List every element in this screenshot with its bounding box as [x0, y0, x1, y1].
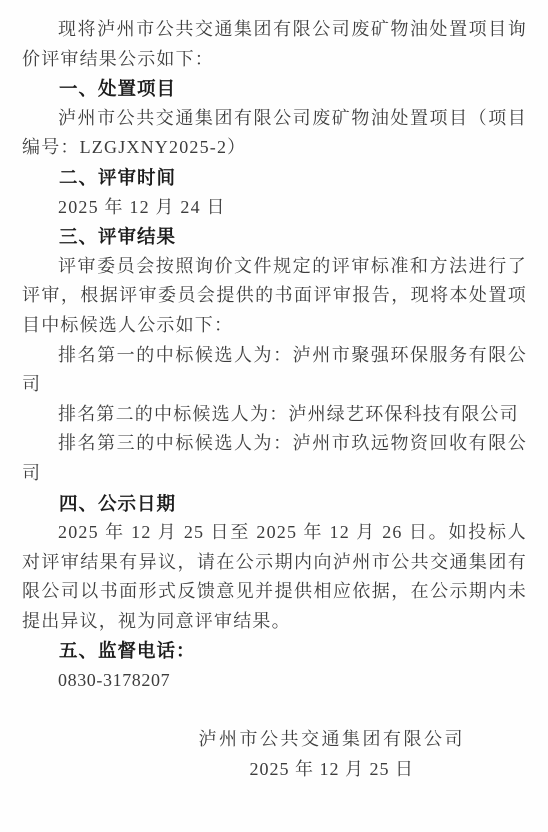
winner-rank-3-paragraph: 排名第三的中标候选人为：泸州市玖远物资回收有限公司	[22, 429, 527, 488]
section-heading-review-result: 三、评审结果	[22, 222, 527, 252]
section-heading-review-time: 二、评审时间	[22, 163, 527, 193]
review-result-paragraph: 评审委员会按照询价文件规定的评审标准和方法进行了评审，根据评审委员会提供的书面评…	[22, 252, 527, 341]
signature-block: 泸州市公共交通集团有限公司 2025 年 12 月 25 日	[199, 725, 466, 784]
section-heading-supervision-phone: 五、监督电话：	[22, 636, 527, 666]
announcement-document-page: 现将泸州市公共交通集团有限公司废矿物油处置项目询价评审结果公示如下： 一、处置项…	[0, 0, 548, 832]
section-heading-disposal-project: 一、处置项目	[22, 74, 527, 104]
winner-rank-2-paragraph: 排名第二的中标候选人为：泸州绿艺环保科技有限公司	[22, 400, 527, 430]
section-heading-publicity-period: 四、公示日期	[22, 489, 527, 519]
review-time-paragraph: 2025 年 12 月 24 日	[22, 193, 527, 223]
winner-rank-1-paragraph: 排名第一的中标候选人为：泸州市聚强环保服务有限公司	[22, 341, 527, 400]
supervision-phone-number: 0830-3178207	[22, 666, 527, 696]
publicity-period-paragraph: 2025 年 12 月 25 日至 2025 年 12 月 26 日。如投标人对…	[22, 518, 527, 636]
signature-date: 2025 年 12 月 25 日	[199, 755, 466, 785]
intro-paragraph: 现将泸州市公共交通集团有限公司废矿物油处置项目询价评审结果公示如下：	[22, 15, 527, 74]
signature-organization: 泸州市公共交通集团有限公司	[199, 725, 466, 755]
disposal-project-paragraph: 泸州市公共交通集团有限公司废矿物油处置项目（项目编号：LZGJXNY2025-2…	[22, 104, 527, 163]
